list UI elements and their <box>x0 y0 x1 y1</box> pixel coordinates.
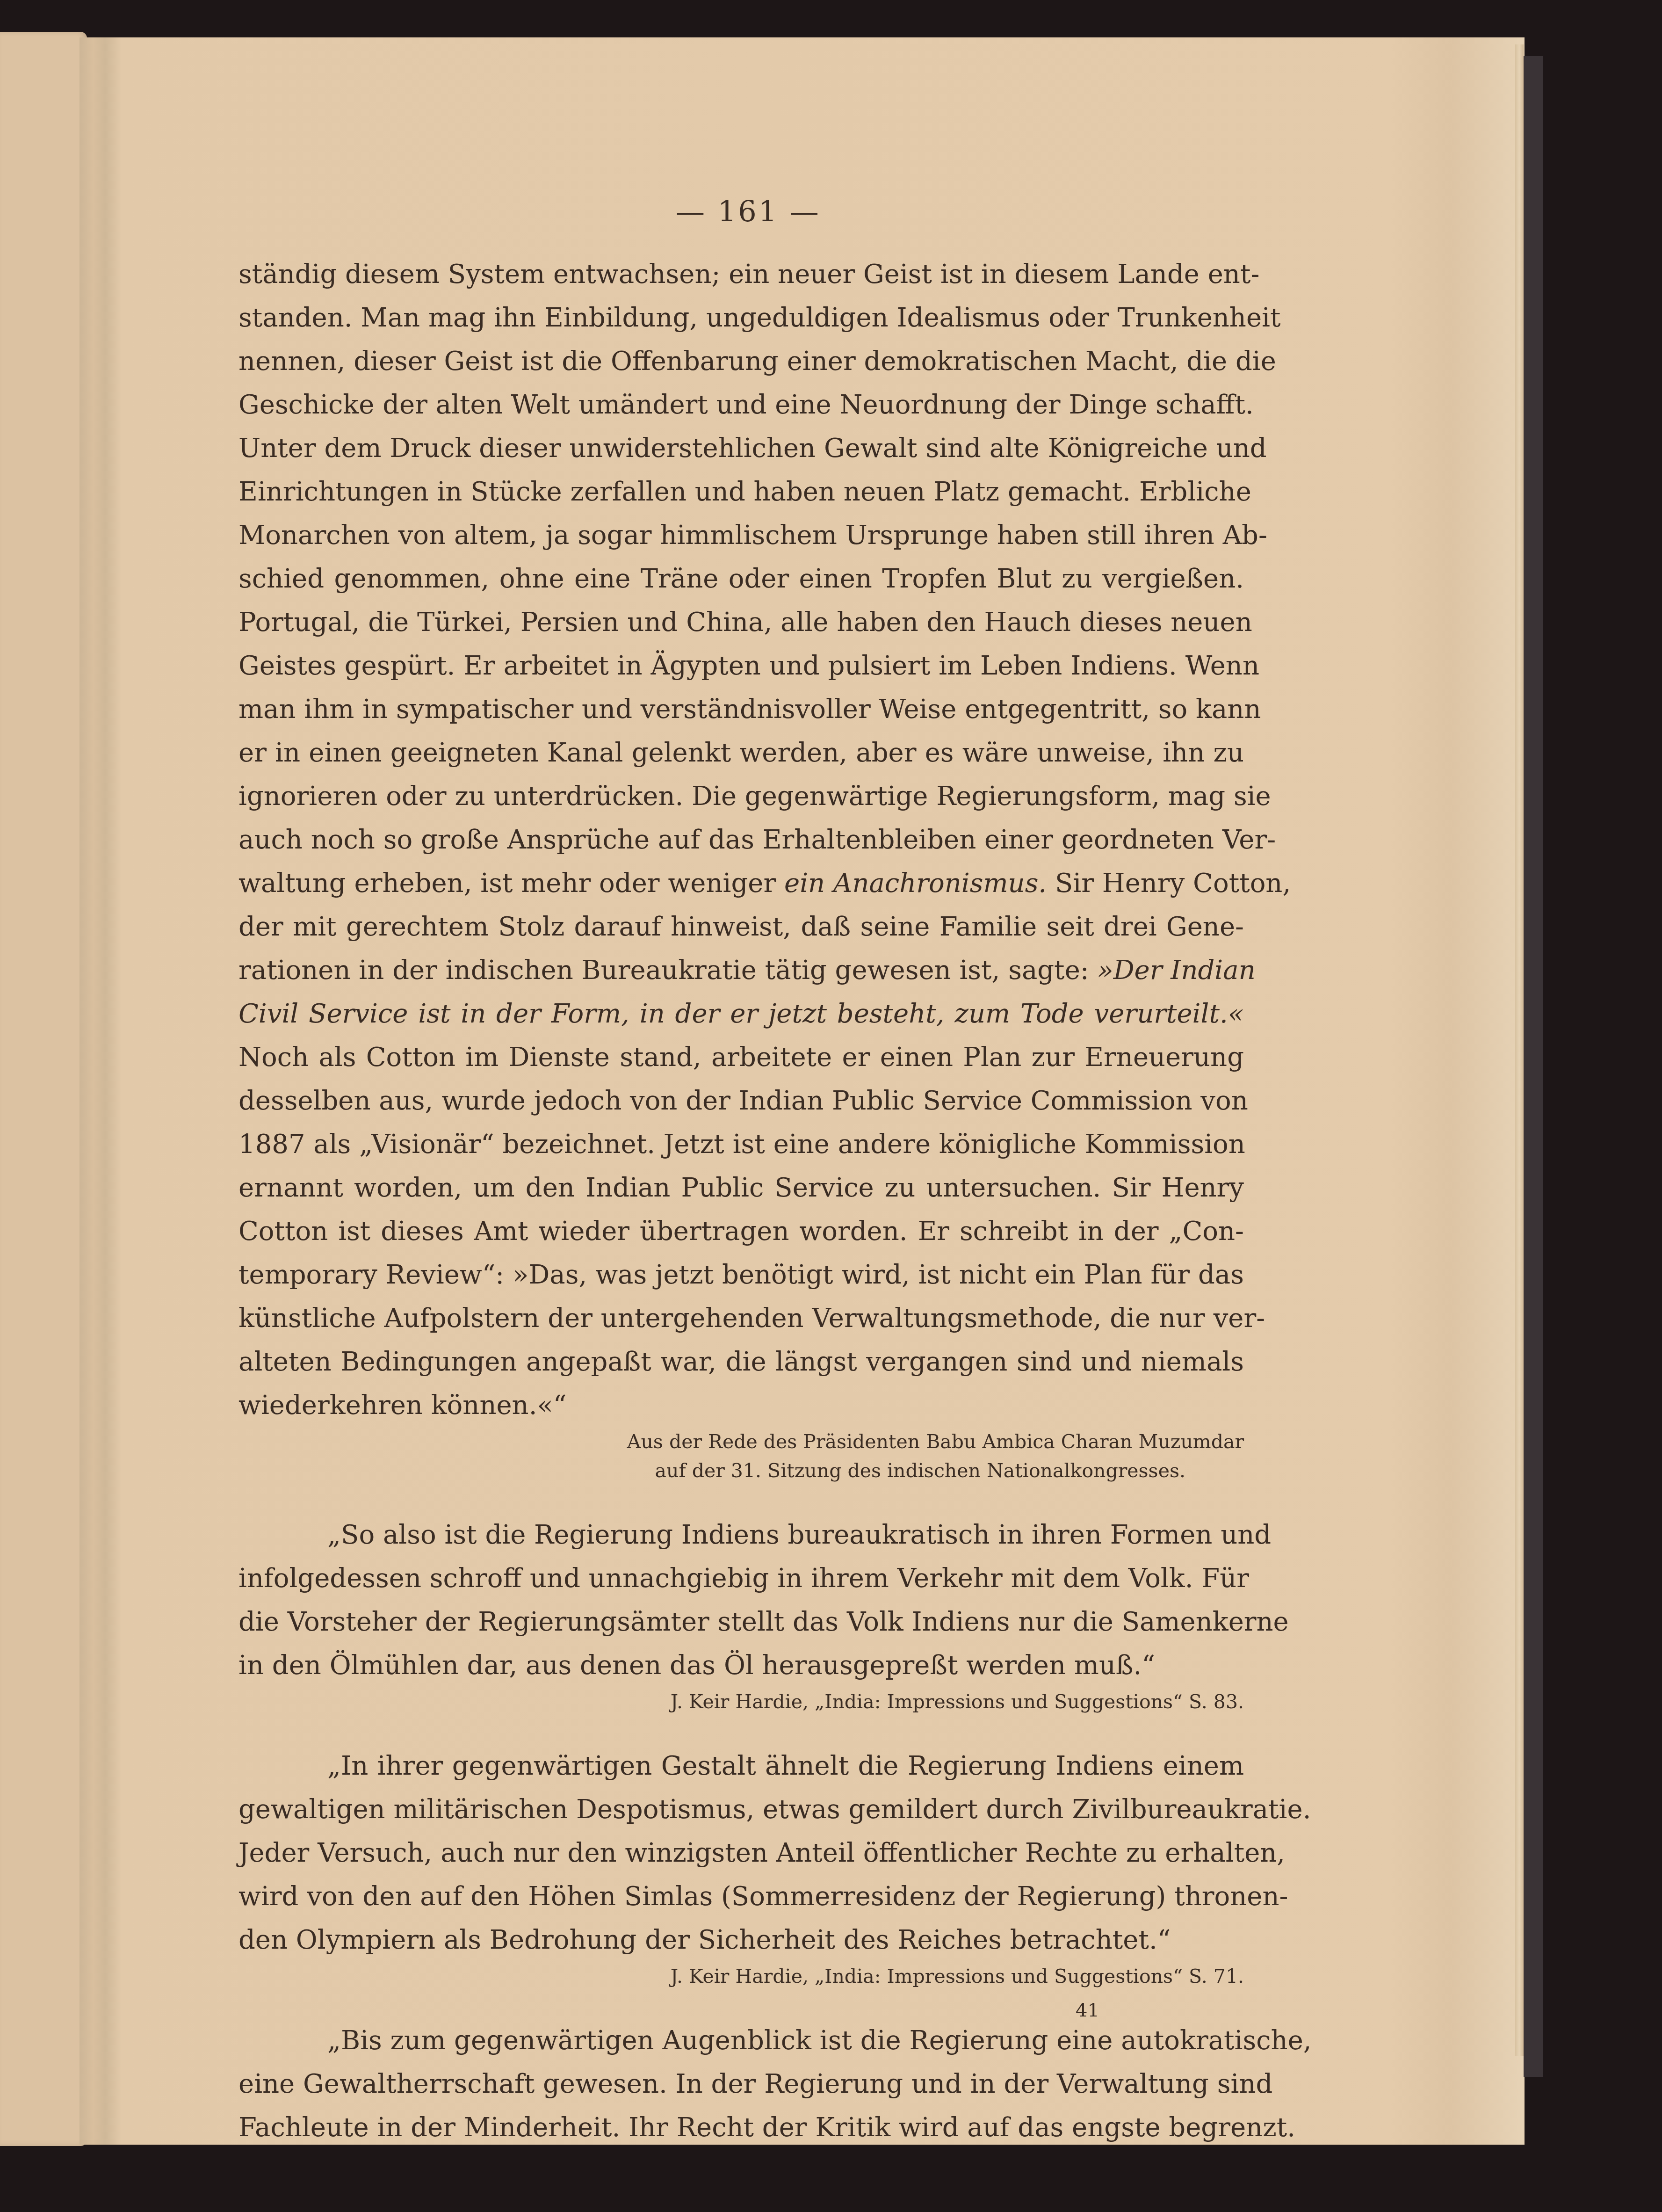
text-line: Fachleute in der Minderheit. Ihr Recht d… <box>238 2106 1244 2149</box>
text-line: „Bis zum gegenwärtigen Augenblick ist di… <box>238 2019 1244 2062</box>
text-line: der mit gerechtem Stolz darauf hinweist,… <box>238 905 1244 949</box>
italic-quote: Civil Service ist in der Form, in der er… <box>238 999 1244 1029</box>
text-line: „So also ist die Regierung Indiens burea… <box>238 1513 1244 1557</box>
text-line: eine Gewaltherrschaft gewesen. In der Re… <box>238 2062 1244 2106</box>
text-line: künstliche Aufpolstern der untergehenden… <box>238 1297 1244 1340</box>
text-line: standen. Man mag ihn Einbildung, ungedul… <box>238 296 1244 340</box>
italic-phrase: ein Anachronismus. <box>784 868 1047 899</box>
text-line: infolgedessen schroff und unnachgiebig i… <box>238 1557 1244 1600</box>
text-line: alteten Bedingungen angepaßt war, die lä… <box>238 1340 1244 1384</box>
text-line: schied genommen, ohne eine Träne oder ei… <box>238 557 1244 601</box>
text-line: temporary Review“: »Das, was jetzt benöt… <box>238 1253 1244 1297</box>
text-line: ständig diesem System entwachsen; ein ne… <box>238 253 1244 296</box>
text-line: waltung erheben, ist mehr oder weniger e… <box>238 862 1244 905</box>
text-line: wiederkehren können.«“ <box>238 1384 1244 1427</box>
citation-source: Aus der Rede des Präsidenten Babu Ambica… <box>238 1427 1244 1456</box>
page-number-header: — 161 — <box>650 194 846 228</box>
text-line: Unter dem Druck dieser unwiderstehlichen… <box>238 427 1244 470</box>
spacer <box>238 1716 1244 1744</box>
text-line: ignorieren oder zu unterdrücken. Die geg… <box>238 775 1244 818</box>
text-line: Noch als Cotton im Dienste stand, arbeit… <box>238 1036 1244 1079</box>
text-line: ernannt worden, um den Indian Public Ser… <box>238 1166 1244 1210</box>
text-line: 1887 als „Visionär“ bezeichnet. Jetzt is… <box>238 1123 1244 1166</box>
italic-quote: »Der Indian <box>1097 955 1255 986</box>
page-edges <box>1515 44 1524 2056</box>
text-line: Jeder Versuch, auch nur den winzigsten A… <box>238 1831 1244 1875</box>
text-line: man ihm in sympatischer und verständnisv… <box>238 688 1244 731</box>
text-line: Geistes gespürt. Er arbeitet in Ägypten … <box>238 644 1244 688</box>
facing-left-page <box>0 32 87 2146</box>
text-line: Einrichtungen in Stücke zerfallen und ha… <box>238 470 1244 514</box>
text-line: nennen, dieser Geist ist die Offenbarung… <box>238 340 1244 383</box>
book-cover-edge <box>1524 56 1543 2077</box>
page-text: ständig diesem System entwachsen; ein ne… <box>238 253 1244 2149</box>
text-run: waltung erheben, ist mehr oder weniger <box>238 868 784 899</box>
text-line: Monarchen von altem, ja sogar himmlische… <box>238 514 1244 557</box>
text-line: Civil Service ist in der Form, in der er… <box>238 992 1244 1036</box>
citation-source: J. Keir Hardie, „India: Impressions und … <box>238 1962 1244 1991</box>
text-line: „In ihrer gegenwärtigen Gestalt ähnelt d… <box>238 1744 1244 1788</box>
text-line: Cotton ist dieses Amt wieder übertragen … <box>238 1210 1244 1253</box>
text-line: rationen in der indischen Bureaukratie t… <box>238 949 1244 992</box>
text-line: er in einen geeigneten Kanal gelenkt wer… <box>238 731 1244 775</box>
text-line: desselben aus, wurde jedoch von der Indi… <box>238 1079 1244 1123</box>
text-line: in den Ölmühlen dar, aus denen das Öl he… <box>238 1644 1244 1687</box>
citation-source: auf der 31. Sitzung des indischen Nation… <box>238 1456 1244 1485</box>
text-line: wird von den auf den Höhen Simlas (Somme… <box>238 1875 1244 1918</box>
spacer <box>238 1485 1244 1513</box>
text-line: Portugal, die Türkei, Persien und China,… <box>238 601 1244 644</box>
text-line: gewaltigen militärischen Despotismus, et… <box>238 1788 1244 1831</box>
text-line: die Vorsteher der Regierungsämter stellt… <box>238 1600 1244 1644</box>
text-line: den Olympiern als Bedrohung der Sicherhe… <box>238 1918 1244 1962</box>
text-line: auch noch so große Ansprüche auf das Erh… <box>238 818 1244 862</box>
citation-source: J. Keir Hardie, „India: Impressions und … <box>238 1687 1244 1716</box>
text-line: Geschicke der alten Welt umändert und ei… <box>238 383 1244 427</box>
text-run: rationen in der indischen Bureaukratie t… <box>238 955 1097 986</box>
printer-signature-mark: 41 <box>1076 2000 1099 2021</box>
text-run: Sir Henry Cotton, <box>1047 868 1291 899</box>
